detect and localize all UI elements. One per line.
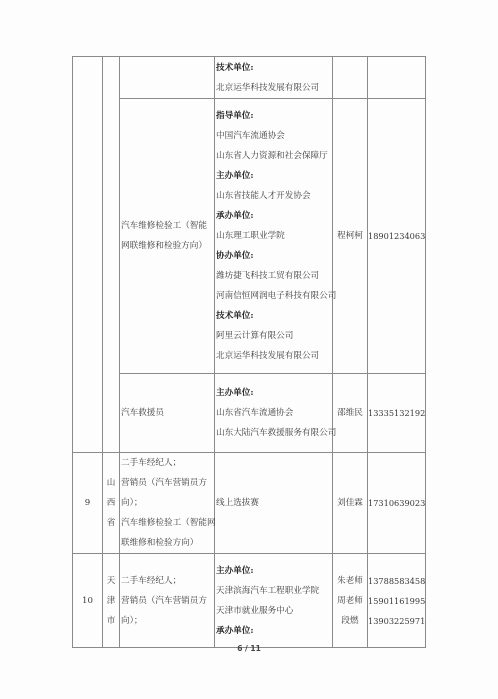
units-cell: 技术单位: 北京运华科技发展有限公司 xyxy=(215,57,333,99)
competition-table: 技术单位: 北京运华科技发展有限公司 汽车维修检验工（智能网联维修和检验方向） … xyxy=(72,56,426,648)
project-cell: 二手车经纪人； 营销员（汽车营销员方 向）； xyxy=(120,554,215,648)
project-cell: 二手车经纪人； 营销员（汽车营销员方 向）； 汽车维修检验工（智能网 联维修和检… xyxy=(120,453,215,554)
phone-cell: 18901234063 xyxy=(368,99,426,374)
phone-cell: 17310639023 xyxy=(368,453,426,554)
contact-name: 段燃 xyxy=(333,611,367,631)
row-number-cell: 9 xyxy=(73,453,103,554)
unit-name: 天津市就业服务中心 xyxy=(216,601,332,621)
unit-name: 山东大陆汽车救援服务有限公司 xyxy=(216,423,332,443)
unit-name: 河南信恒网润电子科技有限公司 xyxy=(216,286,332,306)
project-cell: 汽车救援员 xyxy=(120,374,215,453)
project-line: 联维修和检验方向） xyxy=(121,533,214,553)
unit-name: 北京运华科技发展有限公司 xyxy=(216,78,332,98)
contact-cell: 刘佳霖 xyxy=(333,453,368,554)
project-line: 汽车维修检验工（智能网 xyxy=(121,513,214,533)
unit-name: 山东省技能人才开发协会 xyxy=(216,186,332,206)
unit-label: 主办单位: xyxy=(216,561,332,581)
unit-label: 主办单位: xyxy=(216,166,332,186)
unit-label: 承办单位: xyxy=(216,206,332,226)
units-cell: 指导单位: 中国汽车流通协会 山东省人力资源和社会保障厅 主办单位: 山东省技能… xyxy=(215,99,333,374)
province-cell xyxy=(103,57,120,453)
units-cell: 主办单位: 山东省汽车流通协会 山东大陆汽车救援服务有限公司 xyxy=(215,374,333,453)
project-cell: 汽车维修检验工（智能网联维修和检验方向） xyxy=(120,99,215,374)
table-row: 汽车维修检验工（智能网联维修和检验方向） 指导单位: 中国汽车流通协会 山东省人… xyxy=(73,99,426,374)
unit-label: 指导单位: xyxy=(216,106,332,126)
table-row: 10 天津市 二手车经纪人； 营销员（汽车营销员方 向）； 主办单位: 天津滨海… xyxy=(73,554,426,648)
contact-cell: 程柯柯 xyxy=(333,99,368,374)
unit-name: 潍坊捷飞科技工贸有限公司 xyxy=(216,266,332,286)
unit-label: 协办单位: xyxy=(216,246,332,266)
units-cell: 线上选拔赛 xyxy=(215,453,333,554)
project-line: 营销员（汽车营销员方 xyxy=(121,473,214,493)
province-cell: 山西省 xyxy=(103,453,120,554)
unit-label: 技术单位: xyxy=(216,58,332,78)
unit-name: 中国汽车流通协会 xyxy=(216,126,332,146)
unit-name: 山东理工职业学院 xyxy=(216,226,332,246)
project-line: 二手车经纪人； xyxy=(121,571,214,591)
province-cell: 天津市 xyxy=(103,554,120,648)
page-number: 6 / 11 xyxy=(0,644,498,653)
project-line: 营销员（汽车营销员方 xyxy=(121,591,214,611)
contact-cell xyxy=(333,57,368,99)
project-line: 向）； xyxy=(121,611,214,631)
project-line: 向）； xyxy=(121,493,214,513)
units-cell: 主办单位: 天津滨海汽车工程职业学院 天津市就业服务中心 承办单位: xyxy=(215,554,333,648)
unit-label: 技术单位: xyxy=(216,306,332,326)
phone-number: 13903225971 xyxy=(368,611,425,631)
unit-label: 主办单位: xyxy=(216,383,332,403)
unit-name: 山东省人力资源和社会保障厅 xyxy=(216,146,332,166)
phone-cell: 13788583458 15901161995 13903225971 xyxy=(368,554,426,648)
unit-label: 承办单位: xyxy=(216,621,332,641)
phone-number: 13788583458 xyxy=(368,571,425,591)
phone-cell xyxy=(368,57,426,99)
contact-name: 周老师 xyxy=(333,591,367,611)
project-cell xyxy=(120,57,215,99)
contact-cell: 邵维民 xyxy=(333,374,368,453)
row-number-cell: 10 xyxy=(73,554,103,648)
unit-name: 线上选拔赛 xyxy=(216,493,332,513)
table-row: 9 山西省 二手车经纪人； 营销员（汽车营销员方 向）； 汽车维修检验工（智能网… xyxy=(73,453,426,554)
document-page: 技术单位: 北京运华科技发展有限公司 汽车维修检验工（智能网联维修和检验方向） … xyxy=(0,0,498,699)
contact-name: 朱老师 xyxy=(333,571,367,591)
contact-cell: 朱老师 周老师 段燃 xyxy=(333,554,368,648)
unit-name: 北京运华科技发展有限公司 xyxy=(216,346,332,366)
row-number-cell xyxy=(73,57,103,453)
phone-cell: 13335132192 xyxy=(368,374,426,453)
table-row: 汽车救援员 主办单位: 山东省汽车流通协会 山东大陆汽车救援服务有限公司 邵维民… xyxy=(73,374,426,453)
unit-name: 天津滨海汽车工程职业学院 xyxy=(216,581,332,601)
unit-name: 阿里云计算有限公司 xyxy=(216,326,332,346)
project-line: 二手车经纪人； xyxy=(121,453,214,473)
table-row: 技术单位: 北京运华科技发展有限公司 xyxy=(73,57,426,99)
phone-number: 15901161995 xyxy=(368,591,425,611)
unit-name: 山东省汽车流通协会 xyxy=(216,403,332,423)
